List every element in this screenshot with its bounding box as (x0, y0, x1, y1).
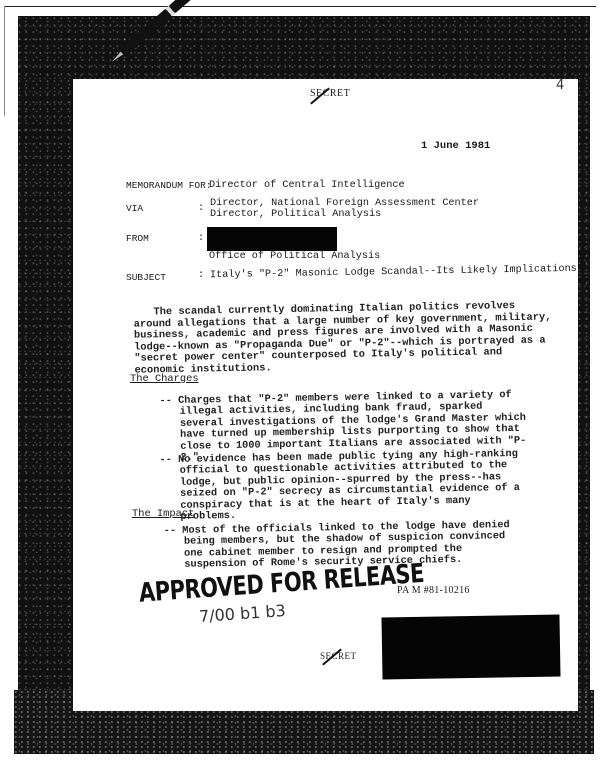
page-mark: 4 (556, 78, 564, 93)
subject-colon: : (198, 270, 204, 282)
via-label: VIA (126, 203, 143, 215)
memorandum-for-label: MEMORANDUM FOR: (126, 180, 212, 192)
charges-bullet-2: -- No evidence has been made public tyin… (159, 449, 530, 524)
document-number: PA M #81-10216 (397, 585, 470, 597)
section-heading-charges: The Charges (130, 373, 199, 385)
scan-left-edge (4, 6, 5, 116)
memorandum-for-value: Director of Central Intelligence (209, 180, 405, 192)
via-value-2: Director, Political Analysis (210, 209, 381, 221)
redaction-from (207, 227, 337, 251)
from-office: Office of Political Analysis (209, 251, 380, 263)
redaction-signature (381, 614, 560, 679)
subject-label: SUBJECT (126, 272, 166, 284)
section-heading-impact: The Impact (132, 508, 194, 520)
via-colon: : (198, 203, 204, 215)
scan-top-edge (4, 6, 596, 7)
intro-paragraph: The scandal currently dominating Italian… (133, 300, 556, 376)
from-label: FROM (126, 233, 149, 245)
from-colon: : (198, 233, 204, 245)
memo-date: 1 June 1981 (421, 140, 490, 152)
